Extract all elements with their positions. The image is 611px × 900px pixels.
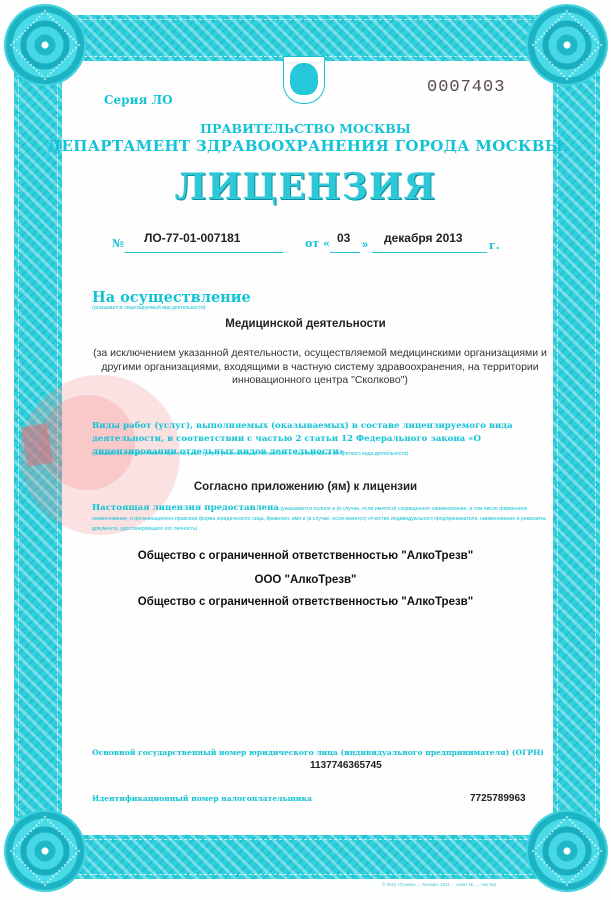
year-suffix: г.: [489, 239, 500, 252]
date-day: 03: [337, 231, 350, 245]
issuer-department: ДЕПАРТАМЕНТ ЗДРАВООХРАНЕНИЯ ГОРОДА МОСКВ…: [0, 137, 611, 155]
double-headed-eagle-icon: [290, 63, 318, 95]
number-label: №: [112, 237, 124, 250]
org-full-name: Общество с ограниченной ответственностью…: [0, 550, 611, 562]
inn-label: Идентификационный номер налогоплательщик…: [92, 794, 312, 803]
ogrn-label: Основной государственный номер юридическ…: [92, 748, 544, 757]
number-underline: [125, 252, 283, 253]
org-short-name: ООО "АлкоТрезв": [0, 574, 611, 586]
month-underline: [372, 252, 487, 253]
rosette-ornament-icon: [6, 812, 84, 890]
annex-reference: Согласно приложению (ям) к лицензии: [0, 481, 611, 493]
date-separator: »: [362, 239, 368, 251]
day-underline: [330, 252, 360, 253]
ornamental-border-top: [30, 15, 581, 61]
rosette-ornament-icon: [528, 812, 606, 890]
activity-heading: На осуществление: [92, 289, 251, 306]
ornamental-border-right: [553, 30, 600, 870]
activity-exclusion: (за исключением указанной деятельности, …: [80, 347, 560, 388]
inn-value: 7725789963: [470, 793, 526, 804]
ornamental-border-bottom: [30, 835, 581, 879]
date-label: от «: [305, 237, 330, 250]
rosette-ornament-icon: [528, 6, 606, 84]
granted-to-block: Настоящая лицензия предоставлена (указыв…: [92, 503, 547, 534]
rosette-ornament-icon: [6, 6, 84, 84]
document-title: ЛИЦЕНЗИЯ: [0, 166, 611, 208]
license-number: ЛО-77-01-007181: [144, 231, 240, 245]
serial-number: 0007403: [427, 78, 505, 97]
license-document: Серия ЛО 0007403 ПРАВИТЕЛЬСТВО МОСКВЫ ДЕ…: [0, 0, 611, 900]
activity-sublabel: (указывается лицензируемый вид деятельно…: [92, 305, 206, 311]
works-sublabel: (указывается в соответствии с перечнем р…: [92, 451, 408, 457]
activity-type: Медицинской деятельности: [0, 318, 611, 330]
series-label: Серия ЛО: [104, 93, 173, 107]
coat-of-arms-emblem-icon: [283, 56, 325, 104]
ogrn-value: 1137746365745: [310, 760, 382, 771]
issuer-government: ПРАВИТЕЛЬСТВО МОСКВЫ: [0, 121, 611, 136]
printer-imprint: © 2011 «Гознак» ... Москва, 2011 ... зак…: [382, 882, 496, 887]
date-month-year: декабря 2013: [384, 231, 463, 245]
org-firm-name: Общество с ограниченной ответственностью…: [0, 596, 611, 608]
granted-label: Настоящая лицензия предоставлена: [92, 503, 279, 513]
